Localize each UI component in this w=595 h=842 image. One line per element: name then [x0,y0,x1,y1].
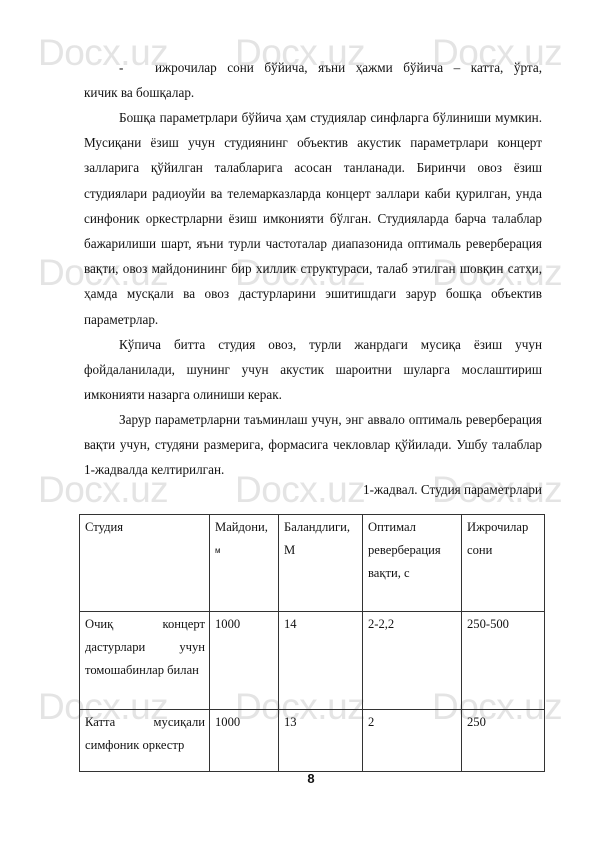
table-row: Катта мусиқали симфоник оркестр 1000 13 … [80,710,545,772]
cell-height: 14 [279,612,363,710]
cell-performers: 250 [462,710,545,772]
header-cell-area: Майдони, м [210,515,279,612]
studio-parameters-table: Студия Майдони, м Баландлиги, М Оптимал … [79,514,545,772]
header-area-unit: м [215,545,274,557]
header-cell-height: Баландлиги, М [279,515,363,612]
table-caption: 1-жадвал. Студия параметрлари [363,480,542,500]
page-number: 8 [0,771,595,786]
bullet-item: - ижрочилар сони бўйича, яъни ҳажми бўйи… [84,55,542,105]
cell-area: 1000 [210,612,279,710]
table-row: Очиқ концерт дастурлари учун томошабинла… [80,612,545,710]
bullet-text-line1: ижрочилар сони бўйича, яъни ҳажми бўйича… [84,55,542,80]
bullet-marker: - [119,55,123,80]
header-cell-performers: Ижрочилар сони [462,515,545,612]
cell-reverb-time: 2-2,2 [363,612,462,710]
bullet-text-continuation: кичик ва бошқалар. [84,80,542,105]
cell-performers: 250-500 [462,612,545,710]
header-cell-reverb-time: Оптимал реверберация вақти, с [363,515,462,612]
paragraph-studio-classes: Бошқа параметрлари бўйича ҳам студиялар … [84,105,542,332]
cell-studio-type: Катта мусиқали симфоник оркестр [80,710,210,772]
cell-area: 1000 [210,710,279,772]
cell-height: 13 [279,710,363,772]
document-page: - ижрочилар сони бўйича, яъни ҳажми бўйи… [0,0,595,842]
cell-reverb-time: 2 [363,710,462,772]
cell-studio-type: Очиқ концерт дастурлари учун томошабинла… [80,612,210,710]
paragraph-multi-genre: Кўпича битта студия овоз, турли жанрдаги… [84,332,542,408]
paragraph-requirements: Зарур параметрларни таъминлаш учун, энг … [84,407,542,483]
header-area-label: Майдони, [215,520,268,534]
table-header-row: Студия Майдони, м Баландлиги, М Оптимал … [80,515,545,612]
header-cell-studio: Студия [80,515,210,612]
